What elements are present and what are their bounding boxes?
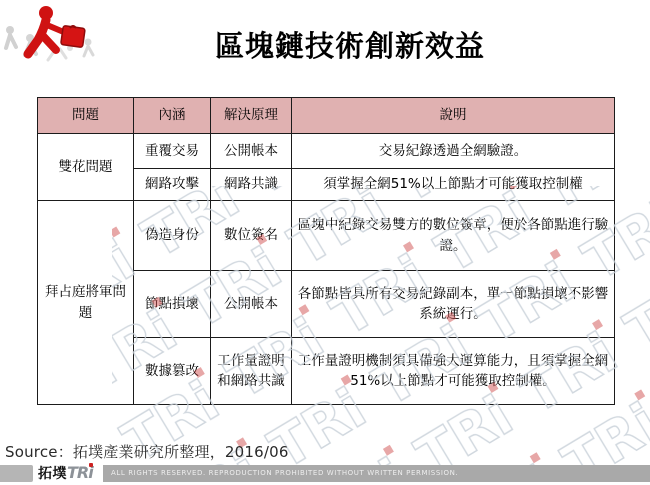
description-cell: 工作量證明機制須具備強大運算能力，且須掌握全網51%以上節點才可能獲取控制權。 bbox=[292, 338, 615, 405]
table-header-row: 問題 內涵 解決原理 說明 bbox=[38, 98, 615, 134]
problem-cell-byzantine: 拜占庭將軍問題 bbox=[38, 201, 134, 405]
description-cell: 須掌握全網51%以上節點才可能獲取控制權 bbox=[292, 169, 615, 201]
content-cell: 網路攻擊 bbox=[134, 169, 211, 201]
principle-cell: 工作量證明和網路共識 bbox=[211, 338, 292, 405]
content-cell: 節點損壞 bbox=[134, 271, 211, 338]
col-header-principle: 解決原理 bbox=[211, 98, 292, 134]
topology-logo-cjk: 拓墣 bbox=[38, 466, 67, 482]
principle-cell: 網路共識 bbox=[211, 169, 292, 201]
description-cell: 各節點皆具所有交易紀錄副本，單一節點損壞不影響系統運行。 bbox=[292, 271, 615, 338]
rights-notice: ALL RIGHTS RESERVED. REPRODUCTION PROHIB… bbox=[103, 465, 650, 482]
problem-cell-double-spend: 雙花問題 bbox=[38, 134, 134, 201]
page-title: 區塊鏈技術創新效益 bbox=[0, 24, 650, 65]
description-cell: 區塊中紀錄交易雙方的數位簽章，便於各節點進行驗證。 bbox=[292, 201, 615, 271]
source-caption: Source：拓墣產業研究所整理，2016/06 bbox=[5, 441, 289, 462]
table-row: 雙花問題 重覆交易 公開帳本 交易紀錄透過全網驗證。 bbox=[38, 134, 615, 169]
footer-left-block bbox=[0, 465, 33, 482]
footer-bar: 拓墣TRi ALL RIGHTS RESERVED. REPRODUCTION … bbox=[0, 465, 650, 482]
content-cell: 數據篡改 bbox=[134, 338, 211, 405]
principle-cell: 數位簽名 bbox=[211, 201, 292, 271]
description-cell: 交易紀錄透過全網驗證。 bbox=[292, 134, 615, 169]
content-cell: 重覆交易 bbox=[134, 134, 211, 169]
benefits-table: 問題 內涵 解決原理 說明 雙花問題 重覆交易 公開帳本 交易紀錄透過全網驗證。… bbox=[37, 97, 615, 405]
topology-logo: 拓墣TRi bbox=[38, 463, 93, 483]
col-header-description: 說明 bbox=[292, 98, 615, 134]
content-cell: 偽造身份 bbox=[134, 201, 211, 271]
table-row: 拜占庭將軍問題 偽造身份 數位簽名 區塊中紀錄交易雙方的數位簽章，便於各節點進行… bbox=[38, 201, 615, 271]
col-header-problem: 問題 bbox=[38, 98, 134, 134]
slide-page: 區塊鏈技術創新效益 問題 內涵 解決原理 說明 雙花問題 重覆交易 公開帳本 bbox=[0, 0, 650, 485]
principle-cell: 公開帳本 bbox=[211, 271, 292, 338]
col-header-content: 內涵 bbox=[134, 98, 211, 134]
tri-logo-icon: TRi bbox=[67, 463, 93, 482]
principle-cell: 公開帳本 bbox=[211, 134, 292, 169]
